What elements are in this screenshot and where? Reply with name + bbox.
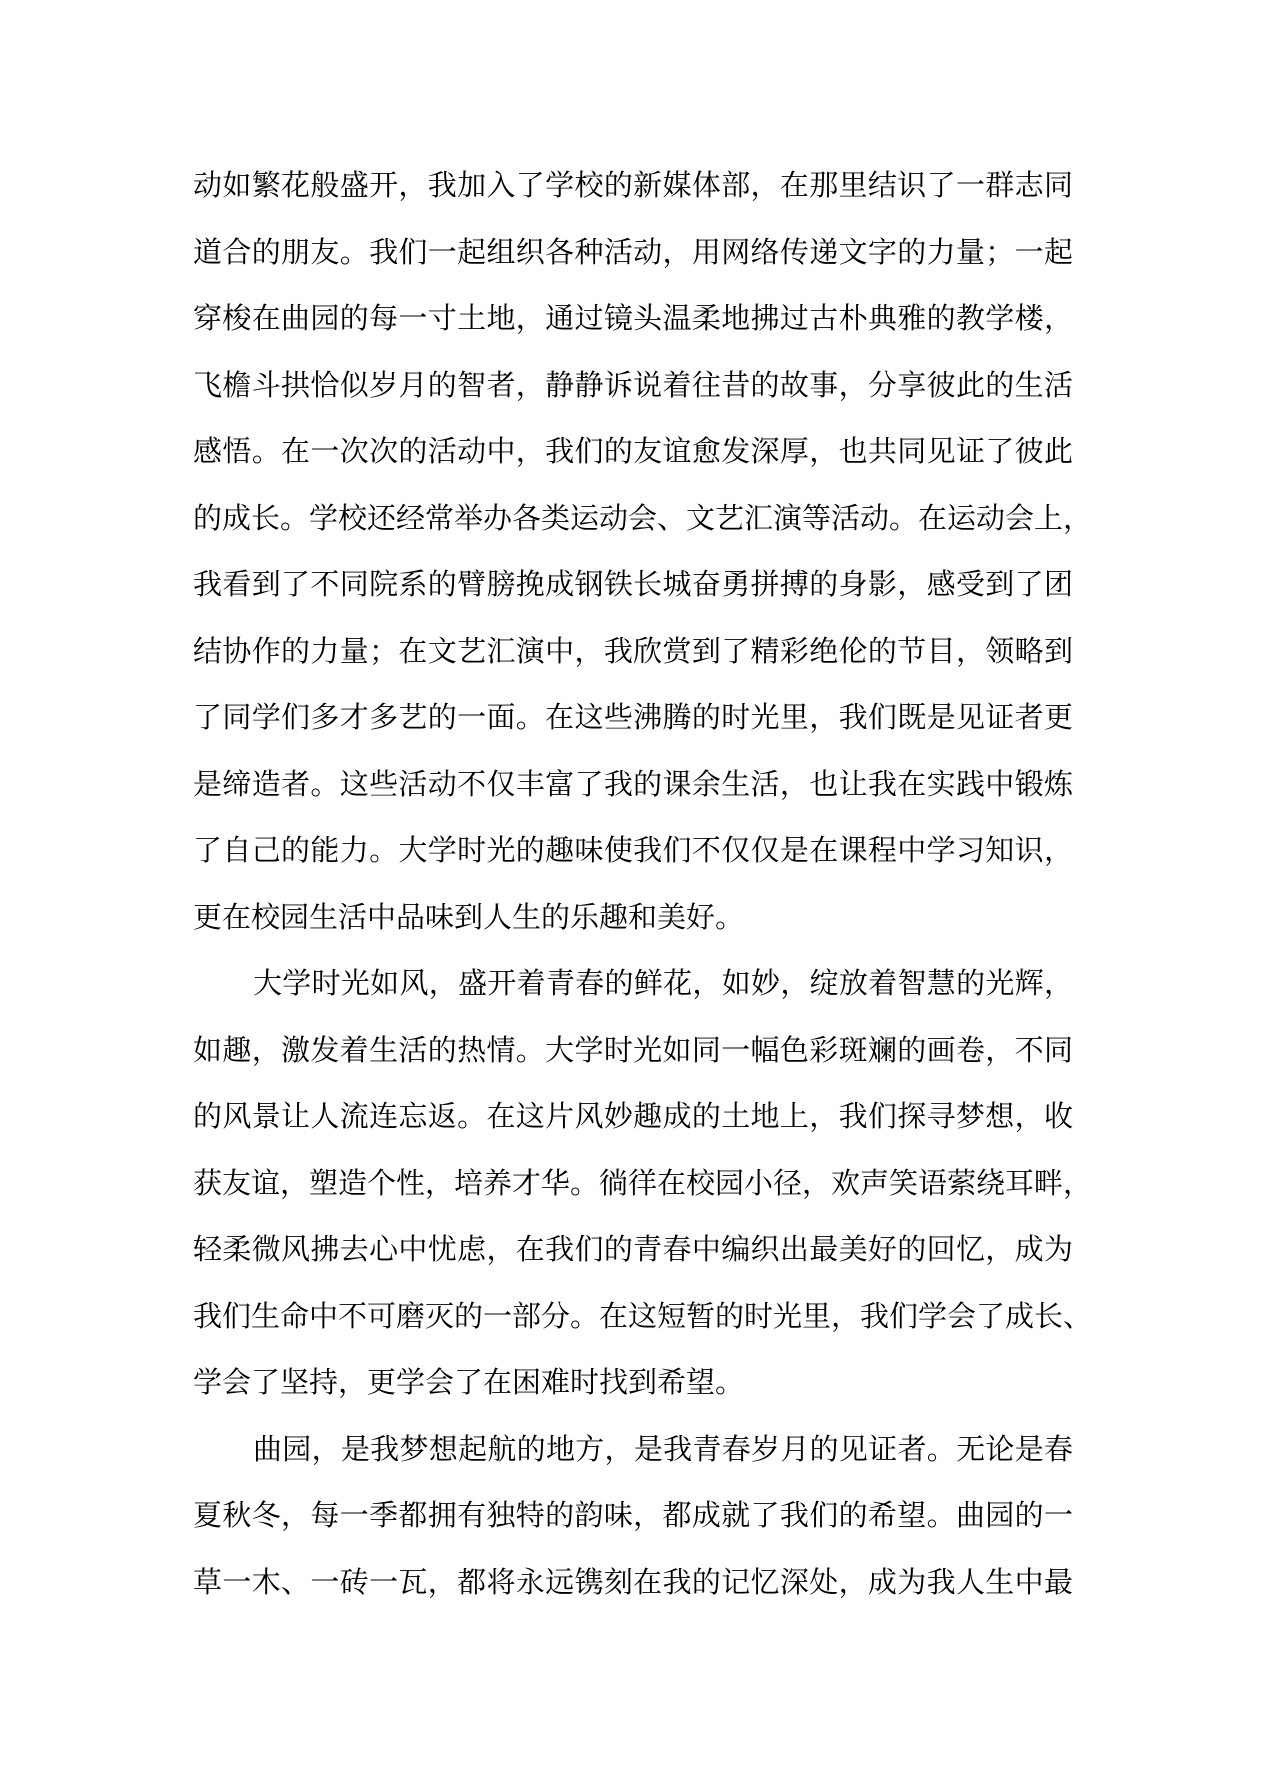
text-line: 结协作的力量；在文艺汇演中，我欣赏到了精彩绝伦的节目，领略到 [193,618,1073,685]
text-line: 大学时光如风，盛开着青春的鲜花，如妙，绽放着智慧的光辉， [193,950,1073,1017]
text-line: 了自己的能力。大学时光的趣味使我们不仅仅是在课程中学习知识， [193,817,1073,884]
paragraph-1: 动如繁花般盛开，我加入了学校的新媒体部，在那里结识了一群志同 道合的朋友。我们一… [193,152,1073,950]
text-line: 的成长。学校还经常举办各类运动会、文艺汇演等活动。在运动会上， [193,485,1073,552]
text-line: 感悟。在一次次的活动中，我们的友谊愈发深厚，也共同见证了彼此 [193,418,1073,485]
text-line: 我们生命中不可磨灭的一部分。在这短暂的时光里，我们学会了成长、 [193,1283,1073,1350]
text-line: 我看到了不同院系的臂膀挽成钢铁长城奋勇拼搏的身影，感受到了团 [193,551,1073,618]
paragraph-3: 曲园，是我梦想起航的地方，是我青春岁月的见证者。无论是春 夏秋冬，每一季都拥有独… [193,1416,1073,1616]
text-line: 飞檐斗拱恰似岁月的智者，静静诉说着往昔的故事，分享彼此的生活 [193,352,1073,419]
text-line: 动如繁花般盛开，我加入了学校的新媒体部，在那里结识了一群志同 [193,152,1073,219]
paragraph-2: 大学时光如风，盛开着青春的鲜花，如妙，绽放着智慧的光辉， 如趣，激发着生活的热情… [193,950,1073,1416]
text-line: 道合的朋友。我们一起组织各种活动，用网络传递文字的力量；一起 [193,219,1073,286]
text-line: 夏秋冬，每一季都拥有独特的韵味，都成就了我们的希望。曲园的一 [193,1482,1073,1549]
text-line: 的风景让人流连忘返。在这片风妙趣成的土地上，我们探寻梦想，收 [193,1083,1073,1150]
document-page: 动如繁花般盛开，我加入了学校的新媒体部，在那里结识了一群志同 道合的朋友。我们一… [0,0,1266,1790]
text-line: 学会了坚持，更学会了在困难时找到希望。 [193,1349,1073,1416]
text-line: 获友谊，塑造个性，培养才华。徜徉在校园小径，欢声笑语萦绕耳畔， [193,1150,1073,1217]
text-line: 如趣，激发着生活的热情。大学时光如同一幅色彩斑斓的画卷，不同 [193,1017,1073,1084]
text-line: 曲园，是我梦想起航的地方，是我青春岁月的见证者。无论是春 [193,1416,1073,1483]
text-line: 更在校园生活中品味到人生的乐趣和美好。 [193,884,1073,951]
text-line: 轻柔微风拂去心中忧虑，在我们的青春中编织出最美好的回忆，成为 [193,1216,1073,1283]
document-body: 动如繁花般盛开，我加入了学校的新媒体部，在那里结识了一群志同 道合的朋友。我们一… [193,152,1073,1615]
text-line: 是缔造者。这些活动不仅丰富了我的课余生活，也让我在实践中锻炼 [193,751,1073,818]
text-line: 草一木、一砖一瓦，都将永远镌刻在我的记忆深处，成为我人生中最 [193,1549,1073,1616]
text-line: 穿梭在曲园的每一寸土地，通过镜头温柔地拂过古朴典雅的教学楼， [193,285,1073,352]
text-line: 了同学们多才多艺的一面。在这些沸腾的时光里，我们既是见证者更 [193,684,1073,751]
